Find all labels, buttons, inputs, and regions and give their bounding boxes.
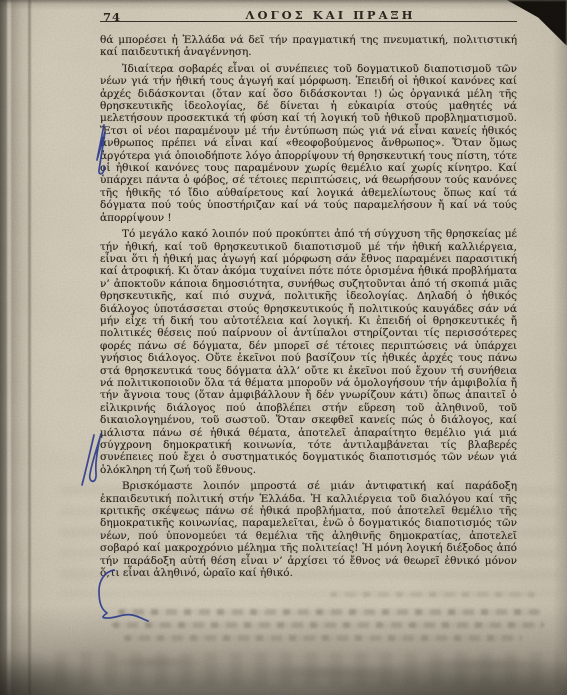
header-rule <box>100 21 517 22</box>
showthrough-smudge-line <box>330 592 535 597</box>
paragraph: Βρισκόμαστε λοιπόν μπροστά σέ μιάν ἀντιφ… <box>100 480 517 579</box>
scanned-book-page: 74 ΛΟΓΟΣ ΚΑΙ ΠΡΑΞΗ θά μπορέσει ἡ Ἑλλάδα … <box>0 0 567 695</box>
paragraph: Τό μεγάλο κακό λοιπόν πού προκύπτει ἀπό … <box>100 228 517 476</box>
showthrough-smudge-line <box>118 609 540 615</box>
journal-title: ΛΟΓΟΣ ΚΑΙ ΠΡΑΞΗ <box>100 8 517 22</box>
showthrough-smudge-line <box>112 622 544 628</box>
paragraph: θά μπορέσει ἡ Ἑλλάδα νά δεῖ τήν πραγματι… <box>100 34 517 59</box>
body-text: θά μπορέσει ἡ Ἑλλάδα νά δεῖ τήν πραγματι… <box>100 34 517 579</box>
paragraph: Ἰδιαίτερα σοβαρές εἶναι οἱ συνέπειες τοῦ… <box>100 63 517 224</box>
showthrough-smudge-line <box>124 635 522 641</box>
left-scan-edge-shadow <box>0 0 52 695</box>
right-scan-edge-shadow <box>553 0 567 695</box>
showthrough-smudge-band <box>55 652 560 686</box>
page-header: 74 ΛΟΓΟΣ ΚΑΙ ΠΡΑΞΗ <box>100 8 517 22</box>
pen-scribble-10-mark <box>82 434 101 485</box>
scan-streak <box>7 0 11 695</box>
scan-streak <box>28 0 31 695</box>
